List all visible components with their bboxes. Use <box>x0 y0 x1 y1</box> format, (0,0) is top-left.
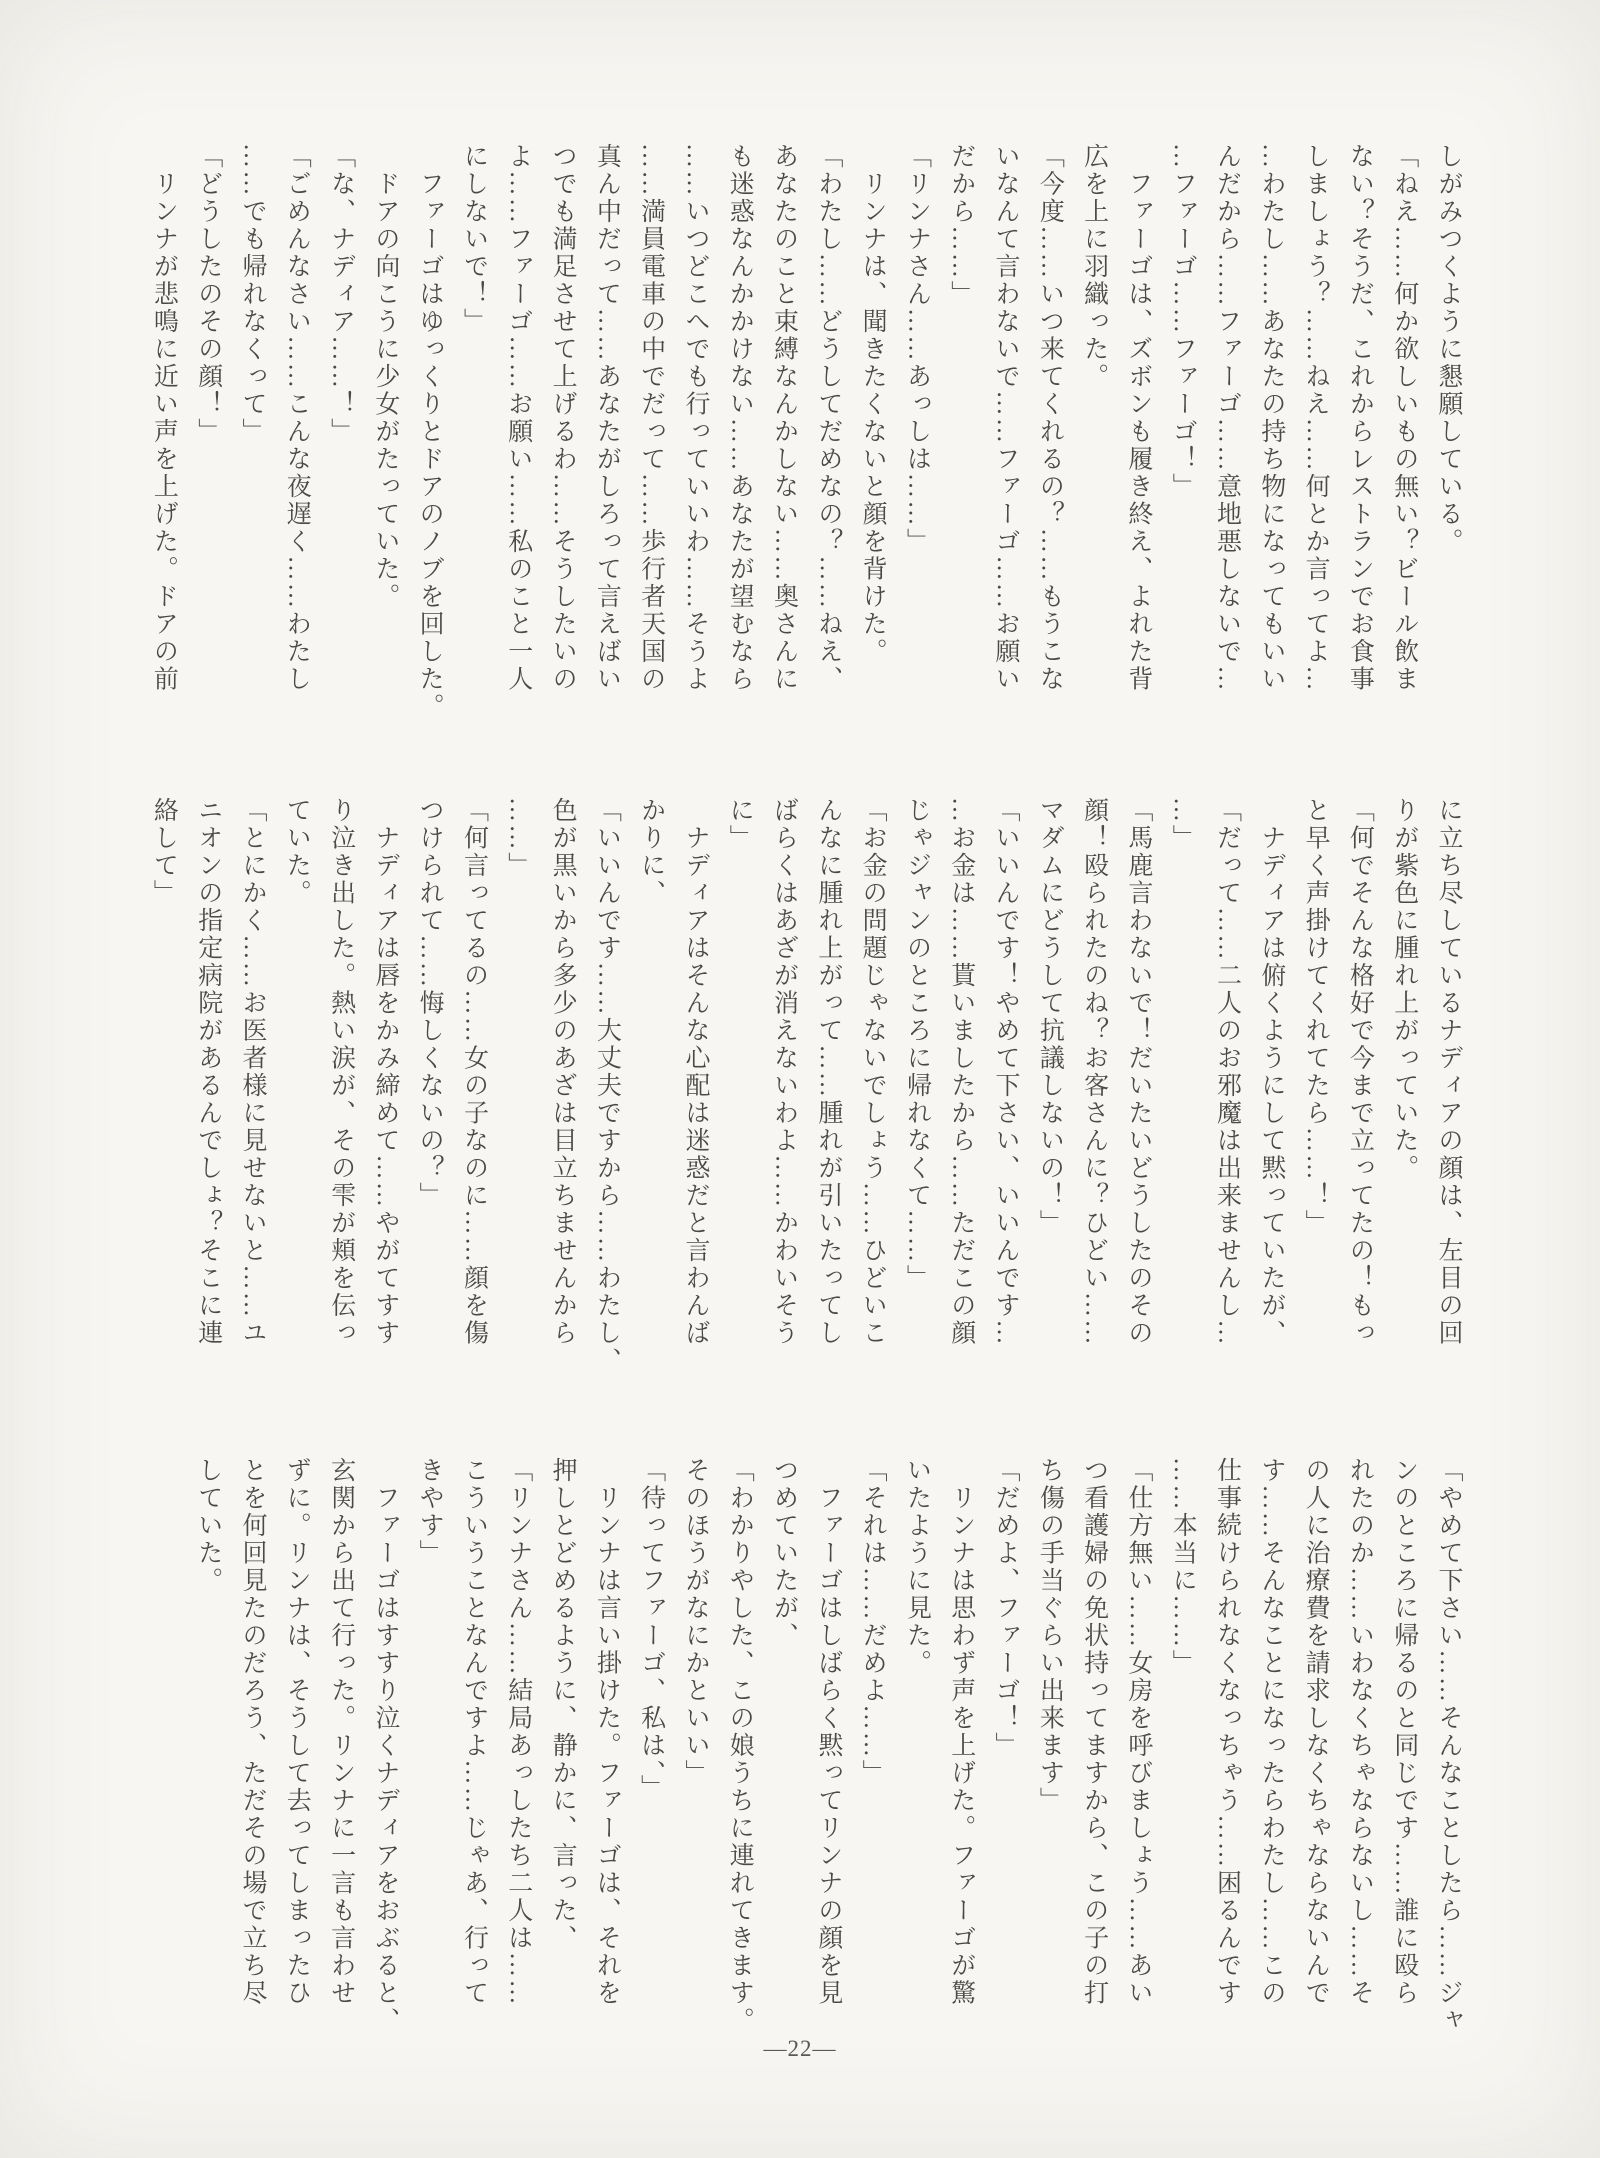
text-column: ない？そうだ、これからレストランでお食事 <box>1337 143 1381 739</box>
text-column: …」 <box>1160 797 1204 1393</box>
text-column: 「ごめんなさい……こんな夜遅く……わたし <box>274 143 318 739</box>
text-column: リンナが悲鳴に近い声を上げた。ドアの前 <box>141 143 185 739</box>
text-band-top: しがみつくように懇願している。「ねえ……何か欲しいもの無い？ビール飲まない？そう… <box>141 143 1470 739</box>
text-column: していた。 <box>185 1457 229 2053</box>
text-column: りが紫色に腫れ上がっていた。 <box>1381 797 1425 1393</box>
text-band-middle: に立ち尽しているナディアの顔は、左目の回りが紫色に腫れ上がっていた。「何でそんな… <box>141 797 1470 1393</box>
text-column: も迷惑なんかかけない……あなたが望むなら <box>717 143 761 739</box>
text-column: ……いつどこへでも行っていいわ……そうよ <box>673 143 717 739</box>
text-column: リンナは思わず声を上げた。ファーゴが驚 <box>938 1457 982 2053</box>
text-column: 押しとどめるように、静かに、言った、 <box>540 1457 584 2053</box>
text-column: 「何でそんな格好で今まで立ってたの！もっ <box>1337 797 1381 1393</box>
text-column: に立ち尽しているナディアの顔は、左目の回 <box>1426 797 1470 1393</box>
text-column: 「やめて下さい……そんなことしたら……ジャ <box>1426 1457 1470 2053</box>
text-column: の人に治療費を請求しなくちゃならないんで <box>1293 1457 1337 2053</box>
text-column: んだから……ファーゴ……意地悪しないで… <box>1204 143 1248 739</box>
text-column: 「いいんです……大丈夫ですから……わたし、 <box>584 797 628 1393</box>
text-column: 「リンナさん……結局あっしたち二人は…… <box>495 1457 539 2053</box>
text-column: ……でも帰れなくって」 <box>230 143 274 739</box>
text-column: リンナは言い掛けた。ファーゴは、それを <box>584 1457 628 2053</box>
text-column: 「仕方無い……女房を呼びましょう……あい <box>1116 1457 1160 2053</box>
text-column: 「な、ナディア……！」 <box>318 143 362 739</box>
text-column: あなたのこと束縛なんかしない……奥さんに <box>761 143 805 739</box>
text-column: ファーゴはゆっくりとドアのノブを回した。 <box>407 143 451 739</box>
text-column: ……本当に……」 <box>1160 1457 1204 2053</box>
text-column: …ファーゴ……ファーゴ！」 <box>1160 143 1204 739</box>
text-column: ……」 <box>495 797 539 1393</box>
text-column: こういうことなんですよ……じゃあ、行って <box>451 1457 495 2053</box>
text-column: り泣き出した。熱い涙が、その雫が頬を伝っ <box>318 797 362 1393</box>
text-column: 「それは……だめよ……」 <box>850 1457 894 2053</box>
text-band-bottom: 「やめて下さい……そんなことしたら……ジャンのところに帰るのと同じです……誰に殴… <box>185 1457 1470 2053</box>
text-column: ンのところに帰るのと同じです……誰に殴ら <box>1381 1457 1425 2053</box>
text-column: ずに。リンナは、そうして去ってしまったひ <box>274 1457 318 2053</box>
text-column: 「リンナさん……あっしは……」 <box>894 143 938 739</box>
text-column: ニオンの指定病院があるんでしょ？そこに連 <box>185 797 229 1393</box>
text-column: ……満員電車の中でだって……歩行者天国の <box>628 143 672 739</box>
text-column: 「馬鹿言わないで！だいたいどうしたのその <box>1116 797 1160 1393</box>
text-column: ナディアは俯くようにして黙っていたが、 <box>1249 797 1293 1393</box>
text-column: と早く声掛けてくれてたら……！」 <box>1293 797 1337 1393</box>
text-column: 「ねえ……何か欲しいもの無い？ビール飲ま <box>1381 143 1425 739</box>
text-column: 「待ってファーゴ、私は、」 <box>628 1457 672 2053</box>
text-column: かりに、 <box>628 797 672 1393</box>
text-column: 「何言ってるの……女の子なのに……顔を傷 <box>451 797 495 1393</box>
text-column: マダムにどうして抗議しないの！」 <box>1027 797 1071 1393</box>
text-column: 「いいんです！やめて下さい、いいんです… <box>983 797 1027 1393</box>
text-column: 絡して」 <box>141 797 185 1393</box>
text-column: 玄関から出て行った。リンナに一言も言わせ <box>318 1457 362 2053</box>
text-column: 仕事続けられなくなっちゃう……困るんです <box>1204 1457 1248 2053</box>
text-column: 真ん中だって……あなたがしろって言えばい <box>584 143 628 739</box>
text-column: ファーゴはしばらく黙ってリンナの顔を見 <box>806 1457 850 2053</box>
text-column: きやす」 <box>407 1457 451 2053</box>
text-column: だから……」 <box>938 143 982 739</box>
text-column: ナディアはそんな心配は迷惑だと言わんば <box>673 797 717 1393</box>
text-column: ファーゴはすすり泣くナディアをおぶると、 <box>363 1457 407 2053</box>
text-column: つ看護婦の免状持ってますから、この子の打 <box>1071 1457 1115 2053</box>
text-column: に」 <box>717 797 761 1393</box>
text-column: 「だって……二人のお邪魔は出来ませんし… <box>1204 797 1248 1393</box>
page-number: ―22― <box>0 2036 1600 2062</box>
text-column: ファーゴは、ズボンも履き終え、よれた背 <box>1116 143 1160 739</box>
text-column: じゃジャンのところに帰れなくて……」 <box>894 797 938 1393</box>
text-column: 広を上に羽織った。 <box>1071 143 1115 739</box>
text-column: 「今度……いつ来てくれるの？……もうこな <box>1027 143 1071 739</box>
text-column: …お金は……貰いましたから……ただこの顔 <box>938 797 982 1393</box>
text-column: 「だめよ、ファーゴ！」 <box>983 1457 1027 2053</box>
text-column: ち傷の手当ぐらい出来ます」 <box>1027 1457 1071 2053</box>
text-column: とを何回見たのだろう、ただその場で立ち尽 <box>230 1457 274 2053</box>
text-column: 「わかりやした、この娘うちに連れてきます。 <box>717 1457 761 2053</box>
text-column: つけられて……悔しくないの？」 <box>407 797 451 1393</box>
text-column: リンナは、聞きたくないと顔を背けた。 <box>850 143 894 739</box>
text-column: よ……ファーゴ……お願い……私のこと一人 <box>495 143 539 739</box>
text-column: 「どうしたのその顔！」 <box>185 143 229 739</box>
text-column: 顔！殴られたのね？お客さんに？ひどい…… <box>1071 797 1115 1393</box>
text-column: 色が黒いから多少のあざは目立ちませんから <box>540 797 584 1393</box>
text-column: れたのか……いわなくちゃならないし……そ <box>1337 1457 1381 2053</box>
text-column: いたように見た。 <box>894 1457 938 2053</box>
text-column: そのほうがなにかといい」 <box>673 1457 717 2053</box>
text-column: にしないで！」 <box>451 143 495 739</box>
text-column: 「とにかく……お医者様に見せないと……ユ <box>230 797 274 1393</box>
text-column: いなんて言わないで……ファーゴ……お願い <box>983 143 1027 739</box>
text-column: …わたし……あなたの持ち物になってもいい <box>1249 143 1293 739</box>
text-column: ていた。 <box>274 797 318 1393</box>
text-column: つでも満足させて上げるわ……そうしたいの <box>540 143 584 739</box>
text-column: ばらくはあざが消えないわよ……かわいそう <box>761 797 805 1393</box>
text-column: んなに腫れ上がって……腫れが引いたってし <box>806 797 850 1393</box>
text-column: ナディアは唇をかみ締めて……やがてすす <box>363 797 407 1393</box>
text-column: ドアの向こうに少女がたっていた。 <box>363 143 407 739</box>
scanned-novel-page: しがみつくように懇願している。「ねえ……何か欲しいもの無い？ビール飲まない？そう… <box>0 0 1600 2158</box>
text-column: 「お金の問題じゃないでしょう……ひどいこ <box>850 797 894 1393</box>
text-column: しがみつくように懇願している。 <box>1426 143 1470 739</box>
text-column: しましょう？……ねえ……何とか言ってよ… <box>1293 143 1337 739</box>
text-column: す……そんなことになったらわたし……この <box>1249 1457 1293 2053</box>
text-column: つめていたが、 <box>761 1457 805 2053</box>
text-column: 「わたし……どうしてだめなの？……ねえ、 <box>806 143 850 739</box>
